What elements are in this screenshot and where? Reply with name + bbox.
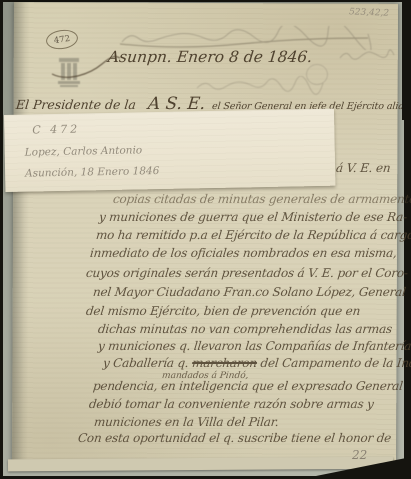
faint-pencil-word — [338, 48, 396, 64]
body-line-with-strike: y Caballería q. marcharon del Campamento… — [102, 356, 411, 370]
slip-place-date: Asunción, 18 Enero 1846 — [25, 165, 159, 180]
catalog-slip: C 472 Lopez, Carlos Antonio Asunción, 18… — [4, 109, 335, 192]
body-line: municiones en la Villa del Pilar. — [93, 415, 279, 429]
document-scan: 523,42,2 472 Asunpn. Enero 8 de 1846. — [0, 0, 411, 479]
body-line: copias citadas de minutas generales de a… — [112, 192, 411, 206]
archival-code: 523,42,2 — [349, 7, 389, 18]
body-line: y municiones de guerra que el Ministerio… — [98, 210, 407, 224]
struck-word: marcharon — [191, 356, 257, 370]
body-line: inmediato de los oficiales nombrados en … — [89, 246, 397, 260]
body-line: Con esta oportunidad el q. suscribe tien… — [77, 431, 392, 445]
body-line: dichas minutas no van comprehendidas las… — [97, 322, 393, 336]
oval-stamp-number: 472 — [53, 33, 70, 45]
body-line: del mismo Ejército, bien de prevención q… — [85, 304, 361, 318]
sender-line-1: El Presidente de la — [15, 97, 137, 112]
slip-author: Lopez, Carlos Antonio — [25, 144, 143, 158]
body-line: nel Mayor Ciudadano Fran.co Solano López… — [92, 285, 406, 299]
body-line: y municiones q. llevaron las Compañías d… — [97, 339, 411, 353]
body-line-post: del Campamento de la Inde- — [256, 356, 411, 370]
slip-catalog-code: C 472 — [32, 123, 80, 137]
faint-circle-mark — [306, 64, 328, 85]
body-line: debió tomar la conveniente razón sobre a… — [88, 397, 374, 411]
body-line: cuyos originales serán presentados á V. … — [85, 266, 408, 280]
body-line-pre: y Caballería q. — [102, 356, 193, 370]
scan-corner-shadow-top-right — [402, 0, 411, 120]
scan-corner-shadow-bottom-right — [301, 457, 411, 479]
faint-pencil-annotation — [118, 26, 372, 50]
body-line: mo ha remitido p.a el Ejército de la Rep… — [95, 228, 411, 242]
dateline: Asunpn. Enero 8 de 1846. — [107, 48, 313, 66]
body-line: pendencia, en inteligencia que el expres… — [92, 379, 403, 393]
